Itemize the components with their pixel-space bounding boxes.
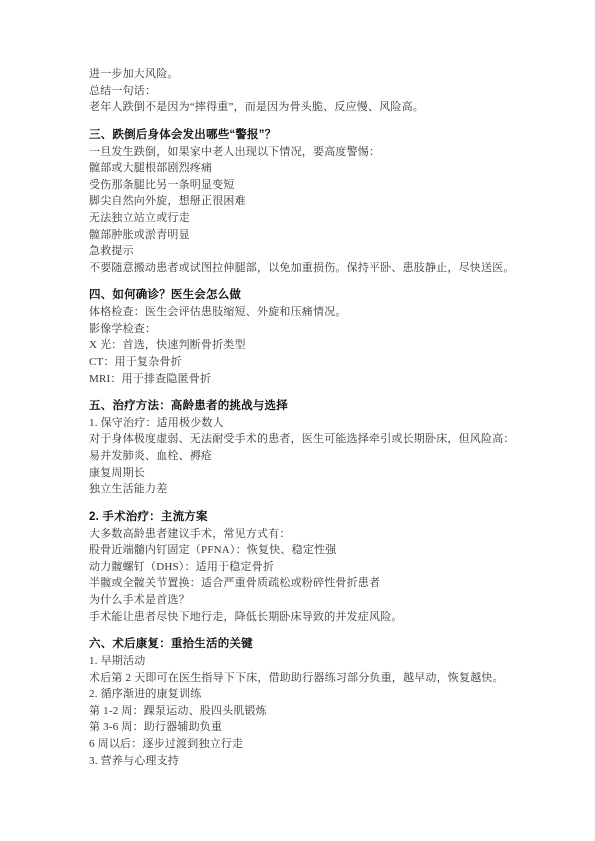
section-5-surgery-subheading: 2. 手术治疗：主流方案	[89, 509, 511, 526]
text-line: MRI：用于排查隐匿骨折	[89, 371, 511, 388]
text-line: 影像学检查：	[89, 321, 511, 338]
text-line: 一旦发生跌倒，如果家中老人出现以下情况，要高度警惕：	[89, 144, 511, 161]
section-6-heading: 六、术后康复：重拾生活的关键	[89, 636, 511, 653]
text-line: 半髋或全髋关节置换：适合严重骨质疏松或粉碎性骨折患者	[89, 575, 511, 592]
text-line: 为什么手术是首选？	[89, 592, 511, 609]
text-line: 老年人跌倒不是因为“摔得重”，而是因为骨头脆、反应慢、风险高。	[89, 99, 511, 116]
text-line: 第 3-6 周：助行器辅助负重	[89, 719, 511, 736]
section-3-body: 一旦发生跌倒，如果家中老人出现以下情况，要高度警惕： 髋部或大腿根部剧烈疼痛 受…	[89, 144, 511, 277]
text-line: 1. 保守治疗：适用极少数人	[89, 415, 511, 432]
intro-paragraph: 进一步加大风险。 总结一句话： 老年人跌倒不是因为“摔得重”，而是因为骨头脆、反…	[89, 66, 511, 116]
document-page: 进一步加大风险。 总结一句话： 老年人跌倒不是因为“摔得重”，而是因为骨头脆、反…	[0, 0, 595, 841]
text-line: 康复周期长	[89, 465, 511, 482]
section-6-body: 1. 早期活动 术后第 2 天即可在医生指导下下床，借助助行器练习部分负重，越早…	[89, 653, 511, 769]
text-line: 6 周以后：逐步过渡到独立行走	[89, 736, 511, 753]
text-line: 体格检查：医生会评估患肢缩短、外旋和压痛情况。	[89, 304, 511, 321]
text-line: 进一步加大风险。	[89, 66, 511, 83]
text-line: 受伤那条腿比另一条明显变短	[89, 177, 511, 194]
text-line: 第 1-2 周：踝泵运动、股四头肌锻炼	[89, 703, 511, 720]
text-line: 对于身体极度虚弱、无法耐受手术的患者，医生可能选择牵引或长期卧床，但风险高：	[89, 431, 511, 448]
text-line: 3. 营养与心理支持	[89, 753, 511, 770]
text-line: 髋部或大腿根部剧烈疼痛	[89, 160, 511, 177]
text-line: 无法独立站立或行走	[89, 210, 511, 227]
text-line: 不要随意搬动患者或试图拉伸腿部，以免加重损伤。保持平卧、患肢静止，尽快送医。	[89, 260, 511, 277]
text-line: 易并发肺炎、血栓、褥疮	[89, 448, 511, 465]
text-line: 独立生活能力差	[89, 481, 511, 498]
section-5-conservative-body: 1. 保守治疗：适用极少数人 对于身体极度虚弱、无法耐受手术的患者，医生可能选择…	[89, 415, 511, 498]
text-line: 脚尖自然向外旋，想掰正很困难	[89, 193, 511, 210]
section-4-heading: 四、如何确诊？医生会怎么做	[89, 287, 511, 304]
text-line: 股骨近端髓内钉固定（PFNA）：恢复快、稳定性强	[89, 542, 511, 559]
text-line: 手术能让患者尽快下地行走，降低长期卧床导致的并发症风险。	[89, 609, 511, 626]
text-line: 1. 早期活动	[89, 653, 511, 670]
text-line: 急救提示	[89, 243, 511, 260]
section-4-body: 体格检查：医生会评估患肢缩短、外旋和压痛情况。 影像学检查： X 光：首选，快速…	[89, 304, 511, 387]
text-line: 术后第 2 天即可在医生指导下下床，借助助行器练习部分负重，越早动，恢复越快。	[89, 670, 511, 687]
text-line: 大多数高龄患者建议手术，常见方式有：	[89, 526, 511, 543]
text-line: 髋部肿胀或淤青明显	[89, 227, 511, 244]
section-5-heading: 五、治疗方法：高龄患者的挑战与选择	[89, 398, 511, 415]
section-5-surgery-body: 大多数高龄患者建议手术，常见方式有： 股骨近端髓内钉固定（PFNA）：恢复快、稳…	[89, 526, 511, 626]
text-line: 总结一句话：	[89, 83, 511, 100]
text-line: CT：用于复杂骨折	[89, 354, 511, 371]
section-3-heading: 三、跌倒后身体会发出哪些“警报”？	[89, 127, 511, 144]
text-line: 2. 循序渐进的康复训练	[89, 686, 511, 703]
text-line: 动力髋螺钉（DHS）：适用于稳定骨折	[89, 559, 511, 576]
text-line: X 光：首选，快速判断骨折类型	[89, 337, 511, 354]
